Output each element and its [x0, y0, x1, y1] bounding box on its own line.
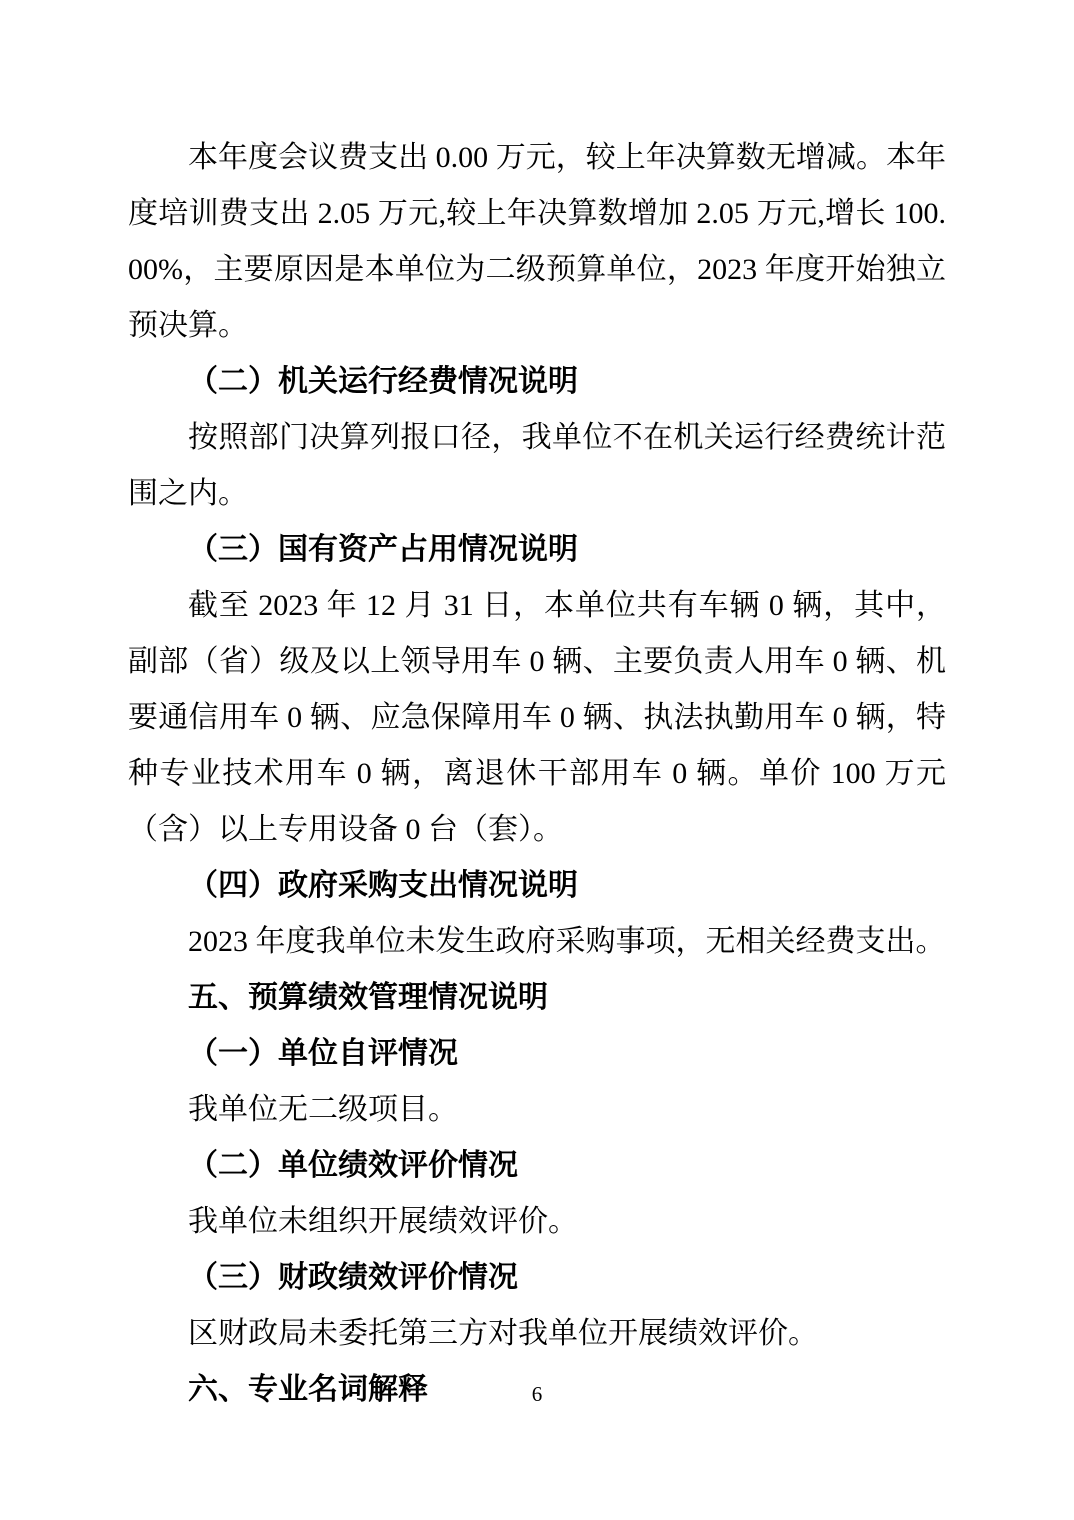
- heading-unit-performance-evaluation: （二）单位绩效评价情况: [128, 1138, 946, 1194]
- heading-fiscal-performance-evaluation: （三）财政绩效评价情况: [128, 1250, 946, 1306]
- para-state-owned-assets: 截至 2023 年 12 月 31 日，本单位共有车辆 0 辆，其中，副部（省）…: [128, 578, 946, 858]
- heading-agency-operating-funds: （二）机关运行经费情况说明: [128, 354, 946, 410]
- document-page: 本年度会议费支出 0.00 万元，较上年决算数无增减。本年度培训费支出 2.05…: [0, 0, 1074, 1520]
- heading-self-evaluation: （一）单位自评情况: [128, 1026, 946, 1082]
- para-government-procurement: 2023 年度我单位未发生政府采购事项，无相关经费支出。: [128, 914, 946, 970]
- document-body: 本年度会议费支出 0.00 万元，较上年决算数无增减。本年度培训费支出 2.05…: [128, 0, 946, 1418]
- heading-state-owned-assets: （三）国有资产占用情况说明: [128, 522, 946, 578]
- para-agency-operating-funds: 按照部门决算列报口径，我单位不在机关运行经费统计范围之内。: [128, 410, 946, 522]
- para-conference-training-fees: 本年度会议费支出 0.00 万元，较上年决算数无增减。本年度培训费支出 2.05…: [128, 130, 946, 354]
- para-self-evaluation: 我单位无二级项目。: [128, 1082, 946, 1138]
- page-number: 6: [0, 1380, 1074, 1408]
- heading-government-procurement: （四）政府采购支出情况说明: [128, 858, 946, 914]
- heading-budget-performance: 五、预算绩效管理情况说明: [128, 970, 946, 1026]
- para-unit-performance-evaluation: 我单位未组织开展绩效评价。: [128, 1194, 946, 1250]
- para-fiscal-performance-evaluation: 区财政局未委托第三方对我单位开展绩效评价。: [128, 1306, 946, 1362]
